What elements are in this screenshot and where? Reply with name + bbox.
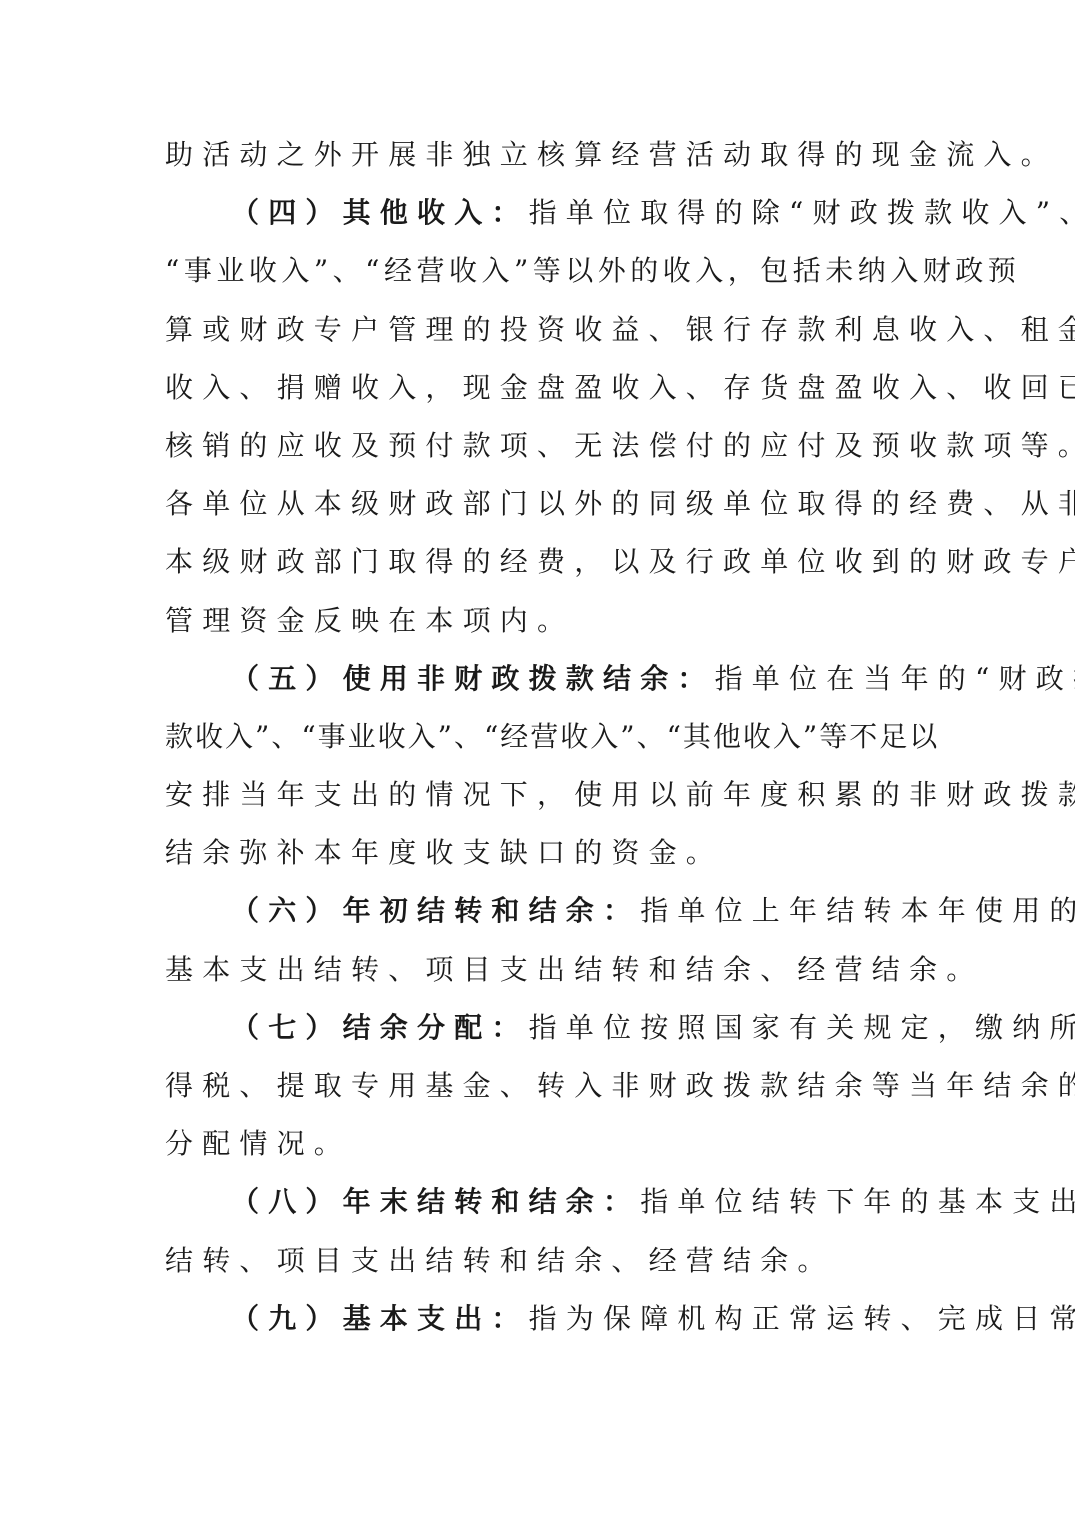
text-line: 安排当年支出的情况下，使用以前年度积累的非财政拨款	[165, 773, 913, 831]
term-heading: （六）年初结转和结余：	[231, 894, 640, 927]
term-heading: （八）年末结转和结余：	[231, 1185, 640, 1218]
term-heading: （九）基本支出：	[231, 1302, 529, 1335]
text-line: 算或财政专户管理的投资收益、银行存款利息收入、租金	[165, 308, 913, 366]
text-line: 各单位从本级财政部门以外的同级单位取得的经费、从非	[165, 482, 913, 540]
paragraph-closing-carryover-first-line: （八）年末结转和结余：指单位结转下年的基本支出	[165, 1180, 913, 1238]
text-line: 本级财政部门取得的经费，以及行政单位收到的财政专户	[165, 540, 913, 598]
text-line: 指为保障机构正常运转、完成日常	[529, 1302, 1075, 1335]
text-line: 得税、提取专用基金、转入非财政拨款结余等当年结余的	[165, 1064, 913, 1122]
term-heading: （七）结余分配：	[231, 1011, 529, 1044]
text-line: 指单位上年结转本年使用的	[640, 894, 1075, 927]
paragraph-balance-distribution-first-line: （七）结余分配：指单位按照国家有关规定，缴纳所	[165, 1006, 913, 1064]
term-heading: （五）使用非财政拨款结余：	[231, 662, 715, 695]
text-line: 指单位按照国家有关规定，缴纳所	[529, 1011, 1075, 1044]
text-line: 管理资金反映在本项内。	[165, 599, 913, 657]
text-line: 指单位在当年的“财政拨	[715, 662, 1075, 695]
paragraph-other-income-first-line: （四）其他收入：指单位取得的除“财政拨款收入”、	[165, 191, 913, 249]
paragraph-basic-expenditure-first-line: （九）基本支出：指为保障机构正常运转、完成日常	[165, 1297, 913, 1355]
text-line: 指单位结转下年的基本支出	[640, 1185, 1075, 1218]
text-line: 分配情况。	[165, 1122, 913, 1180]
paragraph-opening-carryover-first-line: （六）年初结转和结余：指单位上年结转本年使用的	[165, 889, 913, 947]
paragraph-non-fiscal-balance-first-line: （五）使用非财政拨款结余：指单位在当年的“财政拨	[165, 657, 913, 715]
text-line: 结转、项目支出结转和结余、经营结余。	[165, 1239, 913, 1297]
text-line: “事业收入”、“经营收入”等以外的收入，包括未纳入财政预	[165, 249, 913, 307]
text-line: 核销的应收及预付款项、无法偿付的应付及预收款项等。	[165, 424, 913, 482]
text-line: 收入、捐赠收入，现金盘盈收入、存货盘盈收入、收回已	[165, 366, 913, 424]
text-line: 助活动之外开展非独立核算经营活动取得的现金流入。	[165, 133, 913, 191]
text-line: 指单位取得的除“财政拨款收入”、	[529, 196, 1075, 229]
text-line: 基本支出结转、项目支出结转和结余、经营结余。	[165, 948, 913, 1006]
term-heading: （四）其他收入：	[231, 196, 529, 229]
text-line: 结余弥补本年度收支缺口的资金。	[165, 831, 913, 889]
document-page: 助活动之外开展非独立核算经营活动取得的现金流入。 （四）其他收入：指单位取得的除…	[165, 133, 913, 1355]
text-line: 款收入”、“事业收入”、“经营收入”、“其他收入”等不足以	[165, 715, 913, 773]
